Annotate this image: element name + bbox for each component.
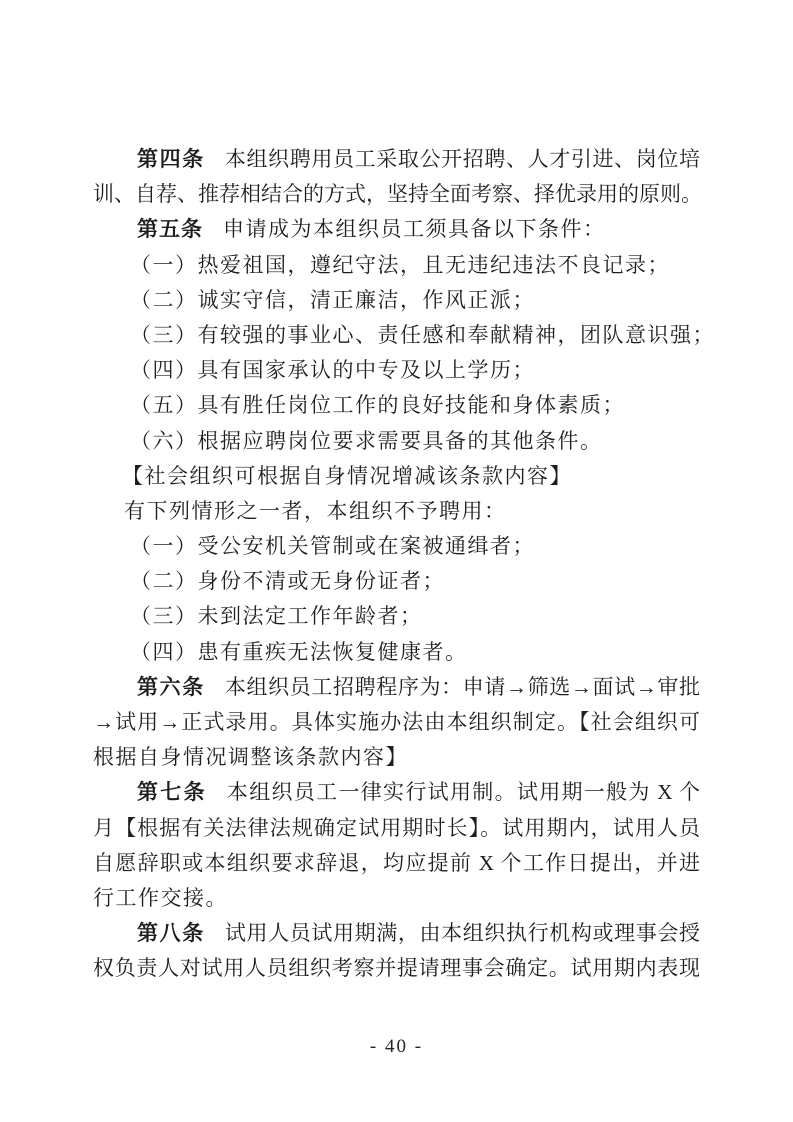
text-line: 月【根据有关法律法规确定试用期时长】。试用期内，试用人员 [93,811,700,846]
line-text: 行工作交接。 [93,886,228,910]
text-line: 第七条本组织员工一律实行试用制。试用期一般为 X 个 [93,775,700,810]
line-text: （五）具有胜任岗位工作的良好技能和身体素质； [130,393,625,417]
line-text: 本组织员工一律实行试用制。试用期一般为 X 个 [227,780,700,804]
text-line: （一）受公安机关管制或在案被通缉者； [93,529,700,564]
text-line: （四）具有国家承认的中专及以上学历； [93,353,700,388]
article-number: 第五条 [137,218,203,241]
text-line: 自愿辞职或本组织要求辞退，均应提前 X 个工作日提出，并进 [93,846,700,881]
text-line: （六）根据应聘岗位要求需要具备的其他条件。 [93,424,700,459]
document-content: 第四条本组织聘用员工采取公开招聘、人才引进、岗位培训、自荐、推荐相结合的方式，坚… [93,142,700,987]
text-line: 有下列情形之一者，本组织不予聘用： [93,494,700,529]
line-text: 训、自荐、推荐相结合的方式，坚持全面考察、择优录用的原则。 [93,182,702,206]
text-line: （五）具有胜任岗位工作的良好技能和身体素质； [93,388,700,423]
text-line: 第八条试用人员试用期满，由本组织执行机构或理事会授 [93,916,700,951]
line-text: （一）热爱祖国，遵纪守法，且无违纪违法不良记录； [130,253,670,277]
text-line: 第五条申请成为本组织员工须具备以下条件： [93,212,700,247]
line-text: （二）诚实守信，清正廉洁，作风正派； [130,288,535,312]
article-number: 第八条 [137,922,205,945]
line-text: （三）未到法定工作年龄者； [130,604,423,628]
text-line: →试用→正式录用。具体实施办法由本组织制定。【社会组织可 [93,705,700,740]
document-page: 第四条本组织聘用员工采取公开招聘、人才引进、岗位培训、自荐、推荐相结合的方式，坚… [0,0,793,1122]
line-text: （二）身份不清或无身份证者； [130,569,445,593]
article-number: 第七条 [137,781,207,804]
line-text: 试用人员试用期满，由本组织执行机构或理事会授 [225,921,700,945]
line-text: 【社会组织可根据自身情况增减该条款内容】 [122,464,572,488]
line-text: 根据自身情况调整该条款内容】 [93,745,408,769]
text-line: 第六条本组织员工招聘程序为：申请→筛选→面试→审批 [93,670,700,705]
text-line: （三）有较强的事业心、责任感和奉献精神，团队意识强； [93,318,700,353]
page-number: - 40 - [0,1036,793,1058]
text-line: （四）患有重疾无法恢复健康者。 [93,635,700,670]
line-text: 有下列情形之一者，本组织不予聘用： [124,499,507,523]
line-text: 本组织员工招聘程序为：申请→筛选→面试→审批 [225,675,700,699]
text-line: （二）身份不清或无身份证者； [93,564,700,599]
line-text: （四）患有重疾无法恢复健康者。 [130,640,468,664]
text-line: 【社会组织可根据自身情况增减该条款内容】 [93,459,700,494]
article-number: 第六条 [137,676,205,699]
line-text: 自愿辞职或本组织要求辞退，均应提前 X 个工作日提出，并进 [93,851,700,875]
line-text: 申请成为本组织员工须具备以下条件： [223,217,606,241]
line-text: →试用→正式录用。具体实施办法由本组织制定。【社会组织可 [93,710,700,734]
article-number: 第四条 [137,148,205,171]
text-line: 权负责人对试用人员组织考察并提请理事会确定。试用期内表现 [93,951,700,986]
line-text: 本组织聘用员工采取公开招聘、人才引进、岗位培 [225,147,700,171]
line-text: （三）有较强的事业心、责任感和奉献精神，团队意识强； [130,323,715,347]
line-text: （四）具有国家承认的中专及以上学历； [130,358,535,382]
text-line: （三）未到法定工作年龄者； [93,599,700,634]
text-line: （二）诚实守信，清正廉洁，作风正派； [93,283,700,318]
text-line: 训、自荐、推荐相结合的方式，坚持全面考察、择优录用的原则。 [93,177,700,212]
line-text: 权负责人对试用人员组织考察并提请理事会确定。试用期内表现 [93,956,700,980]
line-text: （六）根据应聘岗位要求需要具备的其他条件。 [130,429,603,453]
text-line: 根据自身情况调整该条款内容】 [93,740,700,775]
line-text: 月【根据有关法律法规确定试用期时长】。试用期内，试用人员 [93,816,700,840]
text-line: 第四条本组织聘用员工采取公开招聘、人才引进、岗位培 [93,142,700,177]
text-line: 行工作交接。 [93,881,700,916]
text-line: （一）热爱祖国，遵纪守法，且无违纪违法不良记录； [93,248,700,283]
line-text: （一）受公安机关管制或在案被通缉者； [130,534,535,558]
